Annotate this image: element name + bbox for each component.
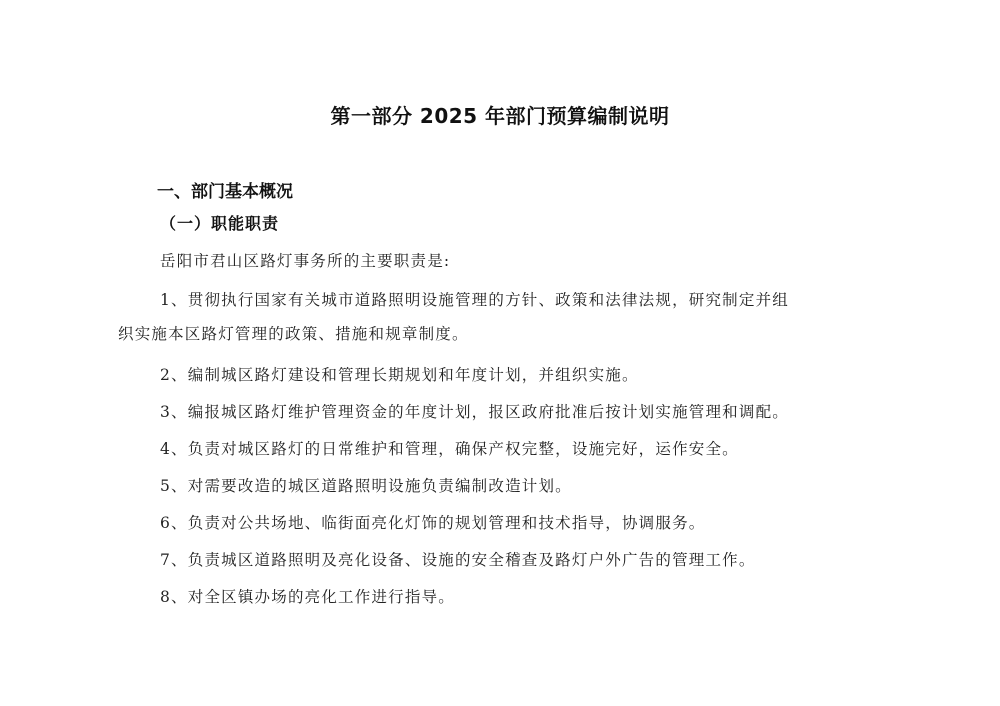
list-item-4: 4、负责对城区路灯的日常维护和管理，确保产权完整，设施完好，运作安全。 xyxy=(160,437,739,459)
list-item-8: 8、对全区镇办场的亮化工作进行指导。 xyxy=(160,585,455,607)
list-item-1-line1: 1、贯彻执行国家有关城市道路照明设施管理的方针、政策和法律法规，研究制定并组 xyxy=(160,288,789,310)
list-item-7: 7、负责城区道路照明及亮化设备、设施的安全稽查及路灯户外广告的管理工作。 xyxy=(160,548,756,570)
list-item-6: 6、负责对公共场地、临街面亮化灯饰的规划管理和技术指导，协调服务。 xyxy=(160,511,705,533)
subsection-heading: （一）职能职责 xyxy=(160,211,279,234)
intro-paragraph: 岳阳市君山区路灯事务所的主要职责是: xyxy=(160,249,450,271)
list-item-3: 3、编报城区路灯维护管理资金的年度计划，报区政府批准后按计划实施管理和调配。 xyxy=(160,400,789,422)
list-item-1-line2: 织实施本区路灯管理的政策、措施和规章制度。 xyxy=(118,322,469,344)
document-title: 第一部分 2025 年部门预算编制说明 xyxy=(0,100,1000,129)
list-item-5: 5、对需要改造的城区道路照明设施负责编制改造计划。 xyxy=(160,474,572,496)
section-heading: 一、部门基本概况 xyxy=(157,177,293,202)
list-item-2: 2、编制城区路灯建设和管理长期规划和年度计划，并组织实施。 xyxy=(160,363,639,385)
document-page: 第一部分 2025 年部门预算编制说明 一、部门基本概况 （一）职能职责 岳阳市… xyxy=(0,0,1000,706)
